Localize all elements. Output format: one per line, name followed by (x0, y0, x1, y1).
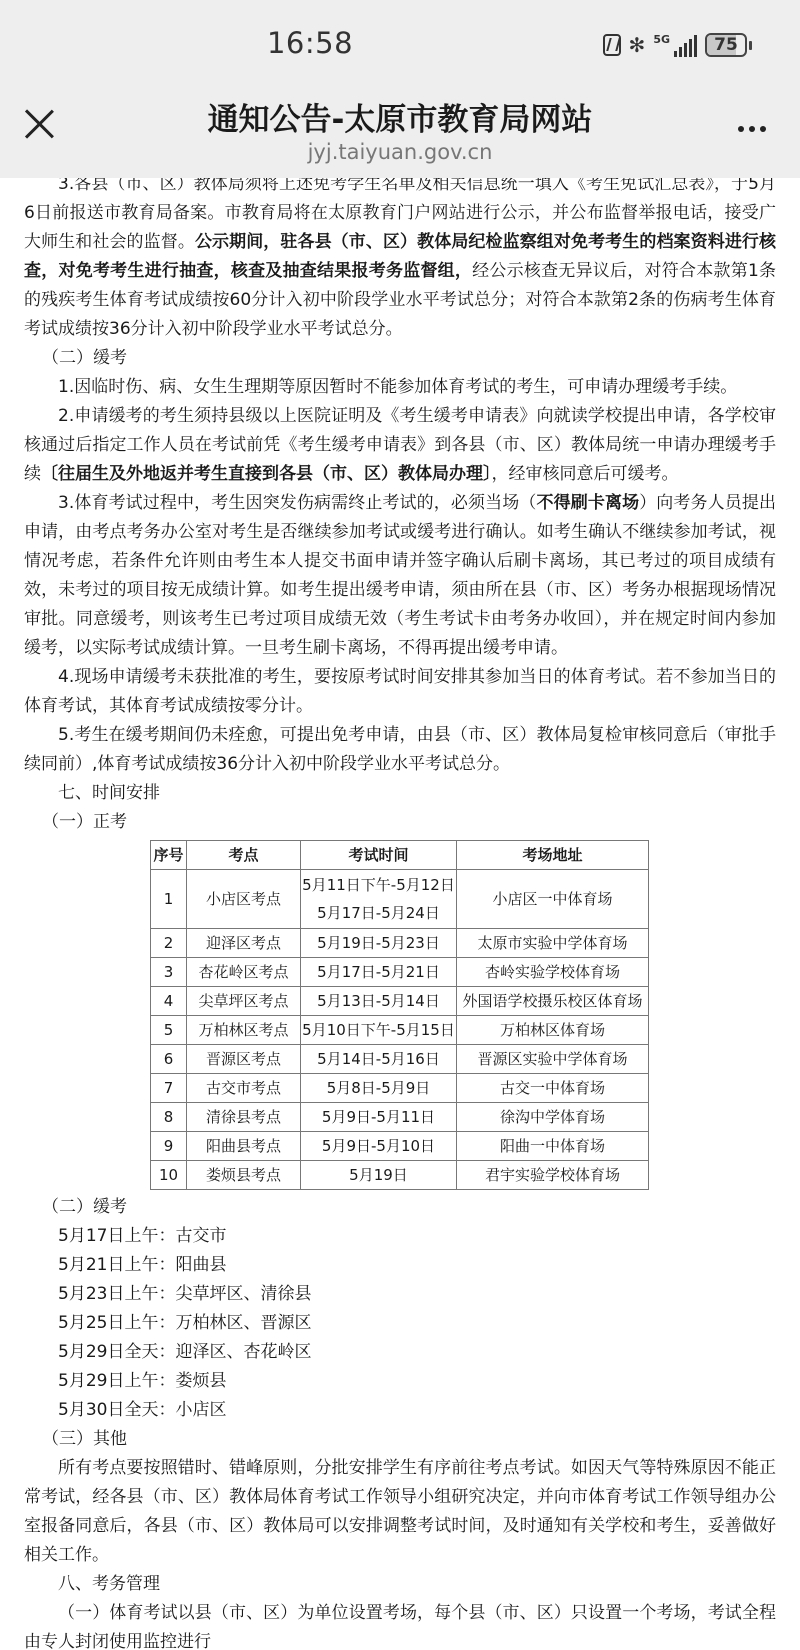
paragraph-section-8-1: （一）体育考试以县（市、区）为单位设置考场，每个县（市、区）只设置一个考场，考试… (24, 1599, 776, 1650)
table-row: 10 娄烦县考点 5月19日 君宇实验学校体育场 (151, 1161, 649, 1190)
heading-section-8: 八、考务管理 (24, 1570, 776, 1599)
table-row: 1 小店区考点 5月11日下午-5月12日5月17日-5月24日 小店区一中体育… (151, 870, 649, 929)
table-row: 9 阳曲县考点 5月9日-5月10日 阳曲一中体育场 (151, 1132, 649, 1161)
table-row: 7 古交市考点 5月8日-5月9日 古交一中体育场 (151, 1074, 649, 1103)
battery-level: 75 (714, 35, 738, 55)
table-row: 6 晋源区考点 5月14日-5月16日 晋源区实验中学体育场 (151, 1045, 649, 1074)
table-row: 8 清徐县考点 5月9日-5月11日 徐沟中学体育场 (151, 1103, 649, 1132)
heading-deferred-exam: （二）缓考 (24, 1193, 776, 1222)
paragraph-defer-3: 3.体育考试过程中，考生因突发伤病需终止考试的，必须当场（不得刷卡离场）向考务人… (24, 489, 776, 663)
paragraph-defer-2: 2.申请缓考的考生须持县级以上医院证明及《考生缓考申请表》向就读学校提出申请，各… (24, 402, 776, 489)
page-url: jyj.taiyuan.gov.cn (0, 140, 800, 164)
table-row: 4 尖草坪区考点 5月13日-5月14日 外国语学校摄乐校区体育场 (151, 987, 649, 1016)
table-row: 3 杏花岭区考点 5月17日-5月21日 杏岭实验学校体育场 (151, 958, 649, 987)
defer-schedule-item: 5月25日上午：万柏林区、晋源区 (24, 1309, 776, 1338)
defer-schedule-item: 5月29日全天：迎泽区、杏花岭区 (24, 1338, 776, 1367)
heading-regular-exam: （一）正考 (24, 808, 776, 837)
defer-schedule-item: 5月23日上午：尖草坪区、清徐县 (24, 1280, 776, 1309)
paragraph-defer-5: 5.考生在缓考期间仍未痊愈，可提出免考申请，由县（市、区）教体局复检审核同意后（… (24, 721, 776, 779)
browser-topbar: 16:58 ✻ 5G 75 通知公告-太原市教育局网站 jyj.taiyuan.… (0, 0, 800, 178)
col-header-time: 考试时间 (301, 841, 457, 870)
bluetooth-icon: ✻ (629, 33, 646, 57)
col-header-no: 序号 (151, 841, 187, 870)
paragraph-exempt-3: 3.各县（市、区）教体局须将上述免考学生名单及相关信息统一填入《考生免试汇总表》… (24, 170, 776, 344)
network-type: 5G (653, 33, 670, 46)
status-time: 16:58 (0, 26, 620, 60)
heading-other: （三）其他 (24, 1425, 776, 1454)
more-options-icon[interactable] (738, 126, 766, 132)
paragraph-defer-4: 4.现场申请缓考未获批准的考生，要按原考试时间安排其参加当日的体育考试。若不参加… (24, 663, 776, 721)
table-header-row: 序号 考点 考试时间 考场地址 (151, 841, 649, 870)
schedule-table-wrapper: 序号 考点 考试时间 考场地址 1 小店区考点 5月11日下午-5月12日5月1… (150, 840, 776, 1190)
battery-icon: 75 (705, 33, 752, 57)
defer-schedule-item: 5月29日上午：娄烦县 (24, 1367, 776, 1396)
defer-schedule-item: 5月21日上午：阳曲县 (24, 1251, 776, 1280)
paragraph-other: 所有考点要按照错时、错峰原则，分批安排学生有序前往考点考试。如因天气等特殊原因不… (24, 1454, 776, 1570)
page-title: 通知公告-太原市教育局网站 (0, 94, 800, 139)
col-header-venue: 考场地址 (457, 841, 649, 870)
table-row: 2 迎泽区考点 5月19日-5月23日 太原市实验中学体育场 (151, 929, 649, 958)
heading-section-7: 七、时间安排 (24, 779, 776, 808)
heading-defer: （二）缓考 (24, 344, 776, 373)
status-icons: ✻ 5G 75 (603, 33, 752, 57)
article-content: 3.各县（市、区）教体局须将上述免考学生名单及相关信息统一填入《考生免试汇总表》… (24, 170, 776, 1650)
table-row: 5 万柏林区考点 5月10日下午-5月15日 万柏林区体育场 (151, 1016, 649, 1045)
defer-schedule-item: 5月30日全天：小店区 (24, 1396, 776, 1425)
schedule-table: 序号 考点 考试时间 考场地址 1 小店区考点 5月11日下午-5月12日5月1… (150, 840, 649, 1190)
nfc-icon (603, 34, 621, 56)
defer-schedule-item: 5月17日上午：古交市 (24, 1222, 776, 1251)
paragraph-defer-1: 1.因临时伤、病、女生生理期等原因暂时不能参加体育考试的考生，可申请办理缓考手续… (24, 373, 776, 402)
col-header-site: 考点 (187, 841, 301, 870)
signal-icon: 5G (653, 33, 697, 57)
